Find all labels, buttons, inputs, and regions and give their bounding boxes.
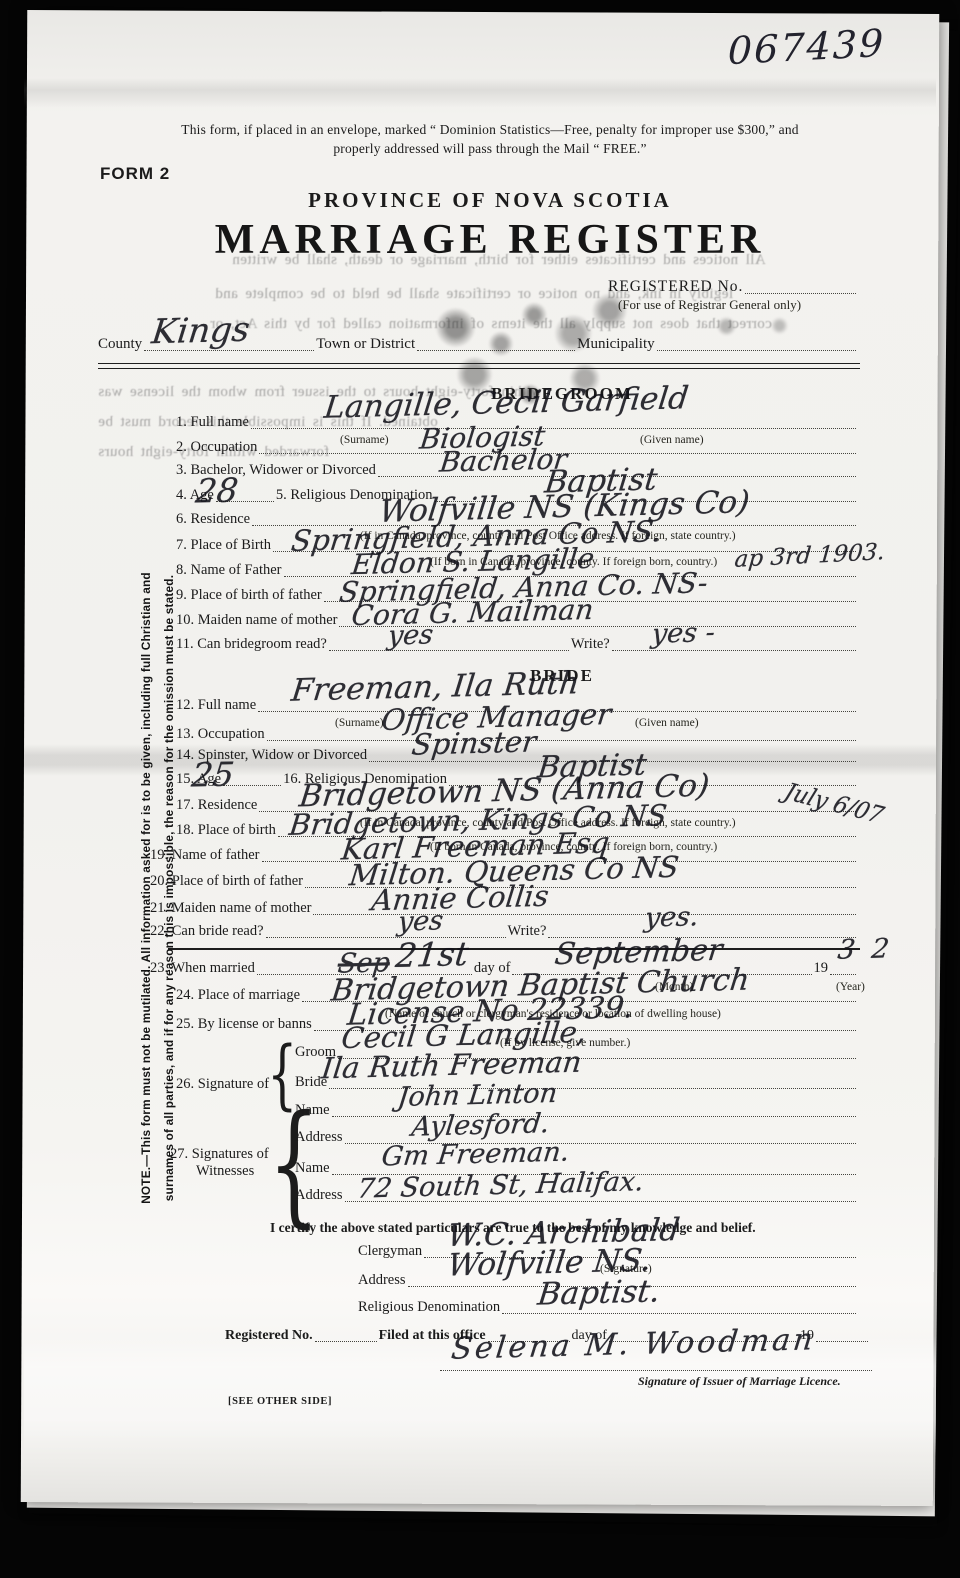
write-label: Write? xyxy=(508,923,547,941)
witness1-name-handwritten: John Linton xyxy=(396,1080,559,1111)
field-label: 6. Residence xyxy=(176,511,250,529)
field-label: 24. Place of marriage xyxy=(176,987,300,1005)
field-label: 11. Can bridegroom read? xyxy=(176,636,327,654)
groom-mother-handwritten: Cora G. Mailman xyxy=(350,596,595,630)
year-prefix: 19 xyxy=(814,960,829,978)
field-label: 17. Residence xyxy=(176,797,257,815)
field-label: 2. Occupation xyxy=(176,439,257,457)
clergyman-denomination-handwritten: Baptist. xyxy=(536,1276,662,1310)
dotted-leader xyxy=(315,1341,377,1342)
county-handwritten-value: Kings xyxy=(150,313,252,350)
dotted-leader xyxy=(502,1313,856,1314)
registered-no-row: REGISTERED No. xyxy=(608,277,858,297)
field-row-witness1-name: Name xyxy=(295,1100,858,1120)
address-label: Address xyxy=(295,1129,343,1147)
field-label: 1. Full name xyxy=(176,414,249,432)
mail-notice-line2: properly addressed will pass through the… xyxy=(60,141,920,157)
clergyman-label: Clergyman xyxy=(358,1243,422,1261)
field-label: 12. Full name xyxy=(176,697,256,715)
bride-status-handwritten: Spinster xyxy=(410,727,538,759)
bride-age-handwritten: 25 xyxy=(190,757,236,791)
bride-can-write-handwritten: yes. xyxy=(643,903,700,931)
field-label: 10. Maiden name of mother xyxy=(176,612,337,630)
name-label: Name xyxy=(295,1160,330,1178)
wedding-day-handwritten: 21st xyxy=(394,937,470,972)
dotted-leader xyxy=(251,428,856,429)
field-row-witness1-address: Address xyxy=(295,1127,858,1147)
bride-can-read-handwritten: yes xyxy=(396,907,444,935)
town-or-district-label: Town or District xyxy=(316,336,415,354)
witness2-name-handwritten: Gm Freeman. xyxy=(380,1139,571,1171)
field-label: 9. Place of birth of father xyxy=(176,587,322,605)
field-label: 8. Name of Father xyxy=(176,562,282,580)
field-row-literacy-bride: 22. Can bride read? Write? xyxy=(150,921,858,941)
margin-note-line2: surnames of all parties, and if for any … xyxy=(158,543,181,1233)
witness1-address-handwritten: Aylesford. xyxy=(410,1110,551,1141)
write-label: Write? xyxy=(571,636,610,654)
see-other-side-note: [SEE OTHER SIDE] xyxy=(228,1396,332,1407)
groom-can-read-handwritten: yes xyxy=(386,621,434,649)
dotted-leader xyxy=(816,1341,868,1342)
field-label: 18. Place of birth xyxy=(176,822,276,840)
religious-denomination-label: Religious Denomination xyxy=(358,1299,500,1317)
name-label: Name xyxy=(295,1102,330,1120)
form-number-label: FORM 2 xyxy=(100,164,170,184)
wedding-year-handwritten: 3 2 xyxy=(836,935,894,963)
mail-notice-line1: This form, if placed in an envelope, mar… xyxy=(60,122,920,138)
section-divider-rule xyxy=(168,948,860,950)
groom-can-write-handwritten: yes - xyxy=(650,619,716,648)
address-label: Address xyxy=(358,1272,406,1290)
witness-signatures-label-line2: Witnesses xyxy=(196,1163,254,1180)
handwritten-document-number: 067439 xyxy=(727,24,885,70)
issuer-signature-caption: Signature of Issuer of Marriage Licence. xyxy=(638,1374,841,1389)
witness2-address-handwritten: 72 South St, Halifax. xyxy=(356,1168,645,1202)
witness-signatures-label-line1: 27. Signatures of xyxy=(170,1146,269,1163)
dotted-leader xyxy=(830,974,856,975)
field-label: 7. Place of Birth xyxy=(176,537,271,555)
registered-no-label: Registered No. xyxy=(225,1328,313,1345)
page-title: MARRIAGE REGISTER xyxy=(60,216,920,264)
field-row-literacy-groom: 11. Can bridegroom read? Write? xyxy=(176,634,858,654)
province-heading: PROVINCE OF NOVA SCOTIA xyxy=(60,188,920,213)
address-label: Address xyxy=(295,1187,343,1205)
margin-note-line1: NOTE.—This form must not be mutilated. A… xyxy=(135,543,158,1233)
dotted-leader xyxy=(332,1116,856,1117)
scanned-document-stage: All notices and certificates either for … xyxy=(0,0,960,1578)
signature-of-label: 26. Signature of xyxy=(176,1076,269,1093)
margin-note-vertical: NOTE.—This form must not be mutilated. A… xyxy=(135,543,181,1233)
groom-age-handwritten: 28 xyxy=(194,473,240,507)
bride-mother-handwritten: Annie Collis xyxy=(370,882,550,916)
county-label: County xyxy=(98,336,142,354)
dotted-leader xyxy=(612,650,856,651)
field-label: 13. Occupation xyxy=(176,726,265,744)
dotted-leader xyxy=(329,650,569,651)
dotted-leader xyxy=(267,740,856,741)
